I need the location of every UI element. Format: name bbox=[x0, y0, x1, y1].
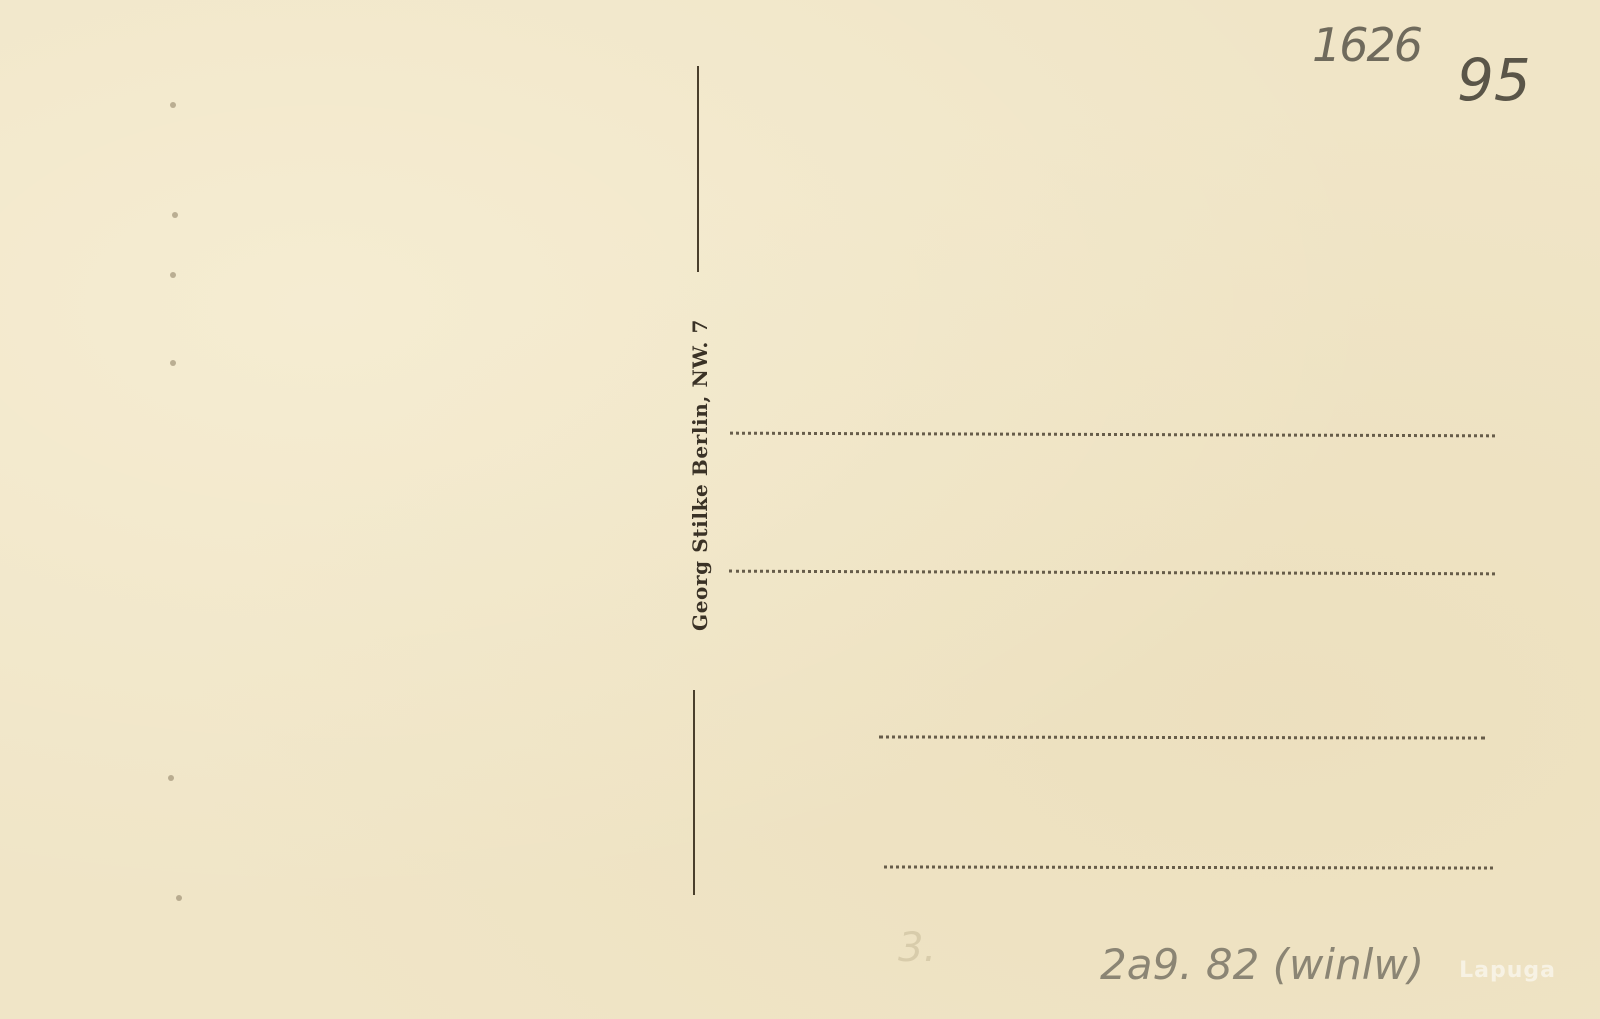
handwritten-mark-3: 3. bbox=[898, 925, 936, 971]
faint-mark bbox=[170, 102, 176, 108]
divider-line-top bbox=[697, 66, 699, 272]
handwritten-note: 2a9. 82 (winlw) bbox=[1100, 940, 1424, 989]
postcard-back: Georg Stilke Berlin, NW. 7 1626 95 3. 2a… bbox=[0, 0, 1600, 1019]
address-line-4 bbox=[884, 865, 1493, 869]
handwritten-number-95: 95 bbox=[1457, 46, 1531, 114]
address-line-1 bbox=[730, 432, 1495, 438]
watermark: Lapuga bbox=[1459, 958, 1556, 983]
faint-mark bbox=[170, 360, 176, 366]
faint-mark bbox=[170, 272, 176, 278]
publisher-imprint: Georg Stilke Berlin, NW. 7 bbox=[688, 319, 712, 631]
faint-mark bbox=[172, 212, 178, 218]
divider-line-bottom bbox=[693, 690, 695, 895]
handwritten-number-1626: 1626 bbox=[1312, 18, 1421, 72]
address-line-2 bbox=[729, 570, 1495, 576]
faint-mark bbox=[168, 775, 174, 781]
faint-mark bbox=[176, 895, 182, 901]
address-line-3 bbox=[879, 735, 1485, 739]
